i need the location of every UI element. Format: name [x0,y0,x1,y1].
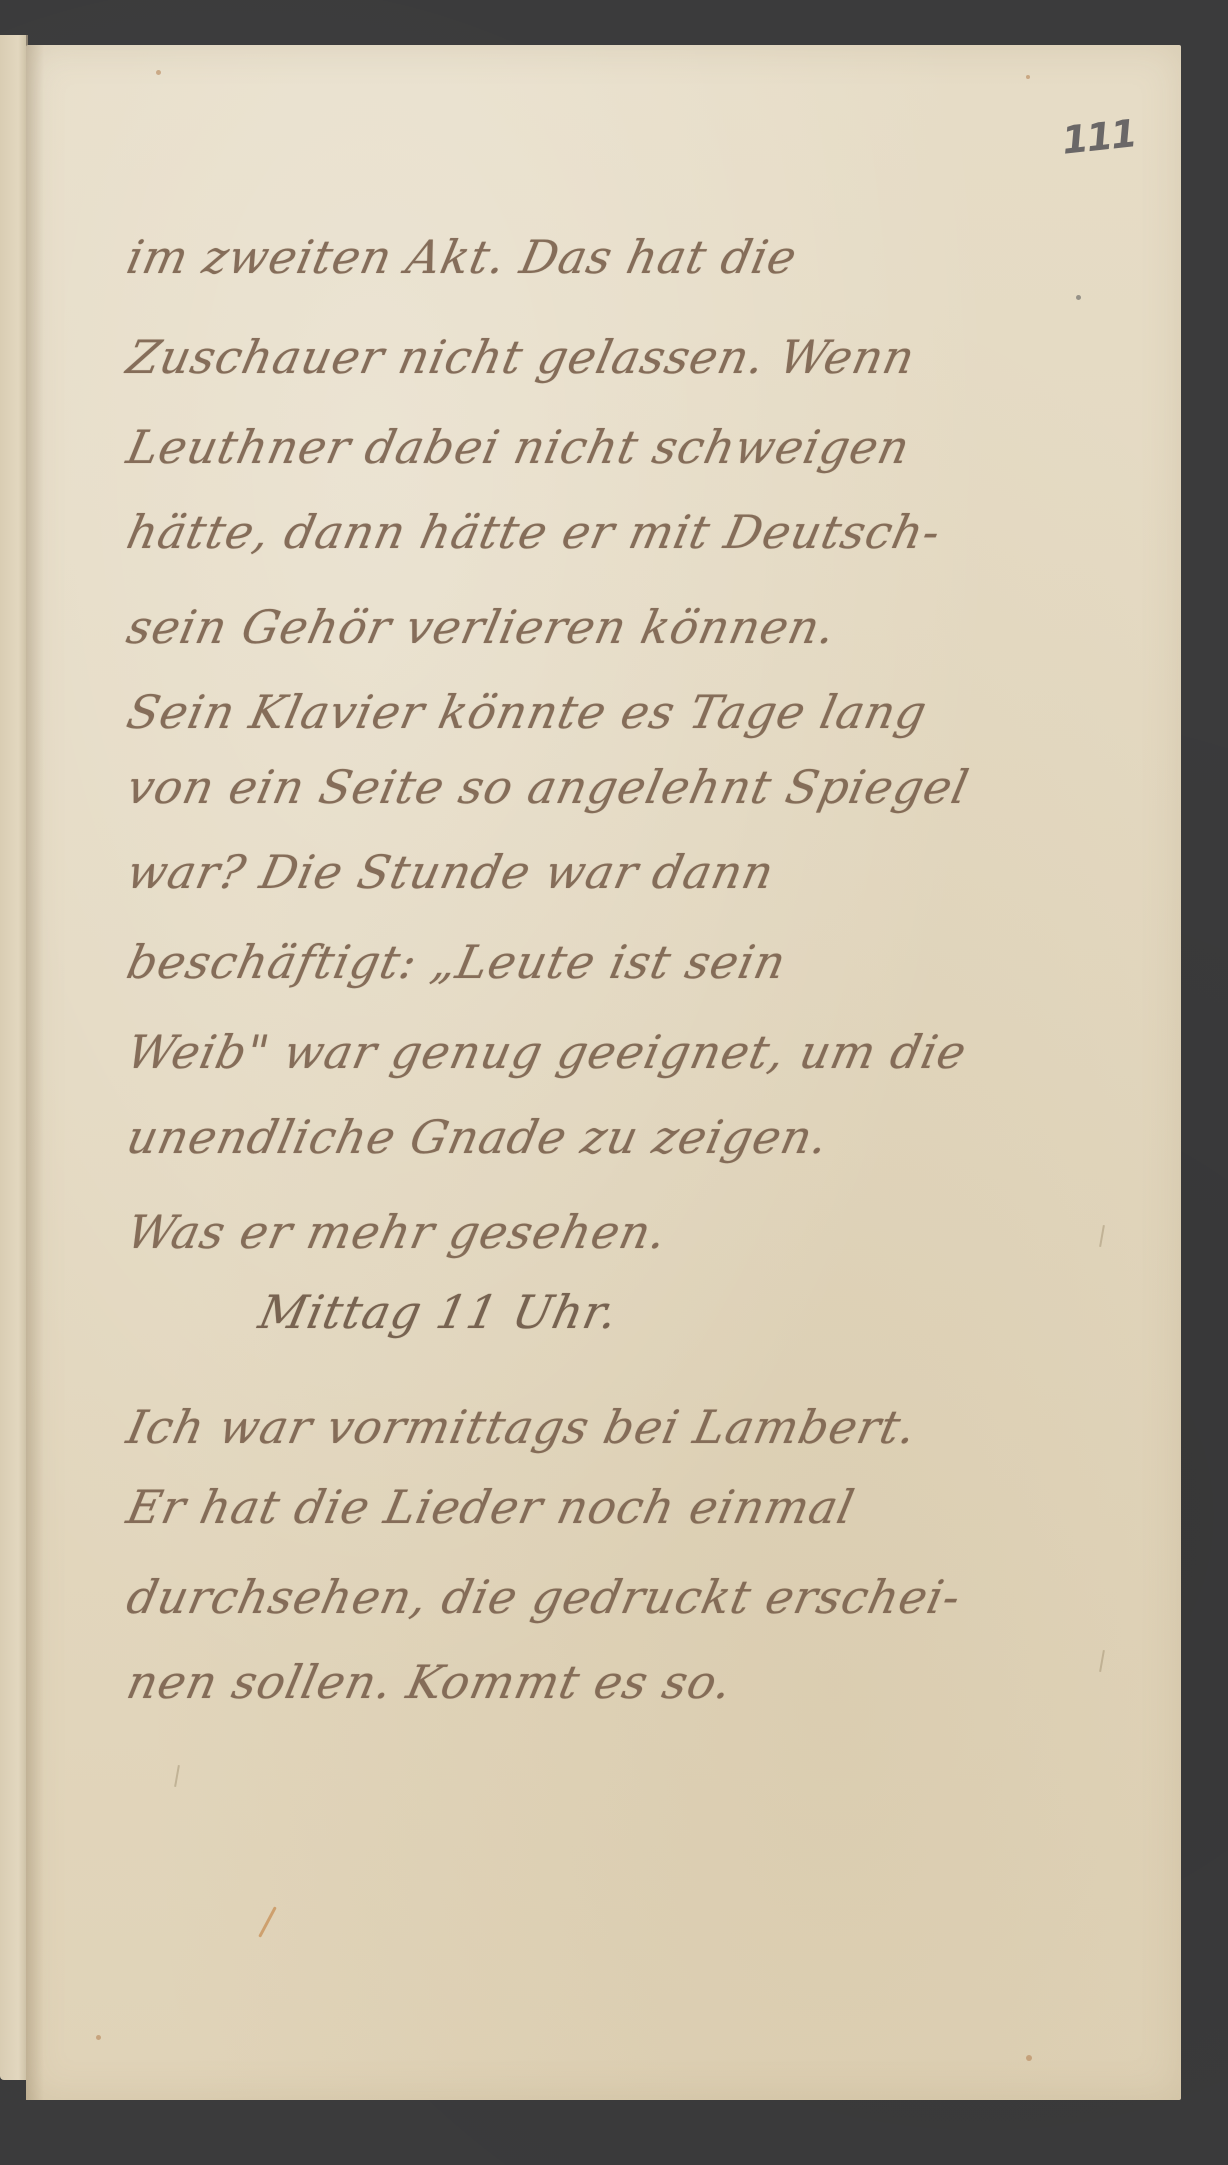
paper-speck [96,2035,101,2040]
handwritten-line: Leuthner dabei nicht schweigen [122,420,915,474]
handwritten-line: Sein Klavier könnte es Tage lang [122,685,932,739]
handwritten-line: durchsehen, die gedruckt erschei- [122,1570,966,1624]
margin-mark [1099,1225,1105,1247]
handwritten-line: war? Die Stunde war dann [122,845,779,899]
folio-number: 111 [1060,111,1138,162]
handwritten-line: beschäftigt: „Leute ist sein [122,935,791,989]
margin-mark [174,1765,180,1787]
handwritten-line: Was er mehr gesehen. [122,1205,672,1259]
handwritten-line: hätte, dann hätte er mit Deutsch- [122,505,946,559]
handwritten-line: Ich war vormittags bei Lambert. [122,1400,922,1454]
handwritten-line: nen sollen. Kommt es so. [122,1655,737,1709]
handwritten-line: Zuschauer nicht gelassen. Wenn [122,330,920,384]
paper-speck [156,70,161,75]
facing-page-edge [0,35,28,2080]
handwritten-line: Weib" war genug geeignet, um die [122,1025,971,1079]
paper-speck [1026,2055,1032,2061]
paper-speck [1026,75,1030,79]
ink-stray-mark [258,1906,277,1937]
handwritten-heading: Mittag 11 Uhr. [254,1285,623,1339]
handwritten-line: Er hat die Lieder noch einmal [122,1480,859,1534]
handwritten-line: unendliche Gnade zu zeigen. [122,1110,833,1164]
handwritten-line: im zweiten Akt. Das hat die [122,230,802,284]
paper-speck [1076,295,1081,300]
handwritten-line: von ein Seite so angelehnt Spiegel [122,760,974,814]
margin-mark [1099,1650,1105,1672]
handwritten-line: sein Gehör verlieren können. [122,600,841,654]
